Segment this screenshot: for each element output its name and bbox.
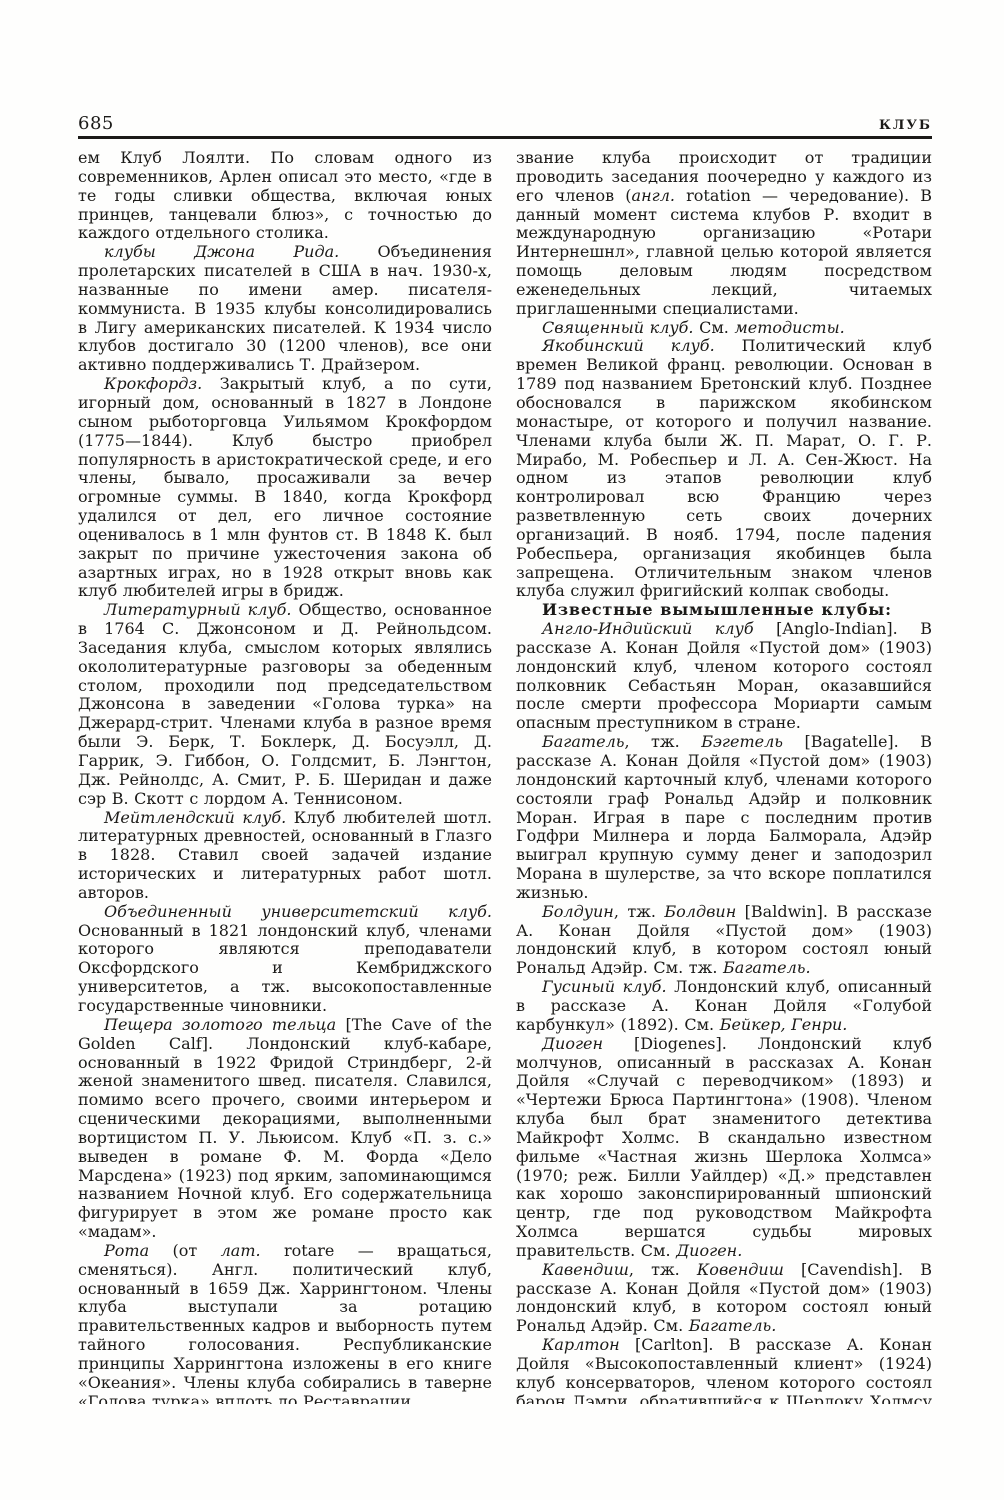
italic-headword: Багатель [542,732,624,751]
body-text: Основанный в 1821 лондонский клуб, члена… [78,921,492,1015]
body-text: rotare — вращаться, сменяться). Англ. по… [78,1241,492,1404]
body-text: [Diogenes]. Лондонский клуб молчунов, оп… [516,1034,932,1260]
body-text: , тж. [629,1260,697,1279]
italic-headword: Бейкер, Генри. [720,1015,848,1034]
entry-paragraph: Карлтон [Carlton]. В рассказе А. Конан Д… [516,1336,932,1404]
italic-headword: Болдвин [664,902,736,921]
italic-headword: лат. [221,1241,261,1260]
entry-paragraph: Англо-Индийский клуб [Anglo-Indian]. В р… [516,620,932,733]
entry-paragraph: Якобинский клуб. Политический клуб време… [516,337,932,601]
entry-paragraph: Болдуин, тж. Болдвин [Baldwin]. В расска… [516,903,932,978]
paragraph-continuation: звание клуба происходит от традиции пров… [516,149,932,319]
body-text: rotation — чередование). В данный момент… [516,186,932,318]
italic-headword: Гусиный клуб. [542,977,667,996]
entry-paragraph: Пещера золотого тельца [The Cave of the … [78,1016,492,1242]
entry-paragraph: Мейтлендский клуб. Клуб любителей шотл. … [78,809,492,903]
italic-headword: Диоген [542,1034,603,1053]
book-page-scan: 685 КЛУБ ем Клуб Лоялти. По словам одног… [0,0,1004,1500]
running-title: КЛУБ [879,118,932,134]
page-header: 685 КЛУБ [78,110,932,134]
entry-paragraph: Литературный клуб. Общество, основанное … [78,601,492,808]
entry-paragraph: Священный клуб. См. методисты. [516,319,932,338]
italic-headword: Багатель. [723,958,811,977]
entry-paragraph: Гусиный клуб. Лондонский клуб, описанный… [516,978,932,1035]
italic-headword: Бэгетель [701,732,783,751]
page-number: 685 [78,113,114,134]
text-column-right: звание клуба происходит от традиции пров… [516,149,932,1404]
paragraph-continuation: ем Клуб Лоялти. По словам одного из совр… [78,149,492,243]
italic-headword: англ. [632,186,675,205]
italic-headword: Мейтлендский клуб. [104,808,286,827]
italic-headword: Рота [104,1241,149,1260]
body-text: [Bagatelle]. В рассказе А. Конан Дойля «… [516,732,932,902]
italic-headword: Якобинский клуб. [542,336,715,355]
text-column-left: ем Клуб Лоялти. По словам одного из совр… [78,149,492,1404]
italic-headword: Болдуин [542,902,614,921]
italic-headword: Пещера золотого тельца [104,1015,336,1034]
body-text: [The Cave of the Golden Calf]. Лондонски… [78,1015,492,1241]
italic-headword: Диоген. [676,1241,742,1260]
entry-paragraph: Кавендиш, тж. Ковендиш [Cavendish]. В ра… [516,1261,932,1336]
italic-headword: Литературный клуб. [104,600,292,619]
italic-headword: Англо-Индийский клуб [542,619,754,638]
body-text: , тж. [624,732,701,751]
entry-paragraph: Диоген [Diogenes]. Лондонский клуб молчу… [516,1035,932,1261]
body-text: (от [149,1241,221,1260]
italic-headword: Объединенный университетский клуб. [104,902,492,921]
entry-paragraph: Крокфордз. Закрытый клуб, а по сути, иго… [78,375,492,601]
entry-paragraph: клубы Джона Рида. Объединения пролетарск… [78,243,492,375]
body-text: См. [694,318,735,337]
entry-paragraph: Багатель, тж. Бэгетель [Bagatelle]. В ра… [516,733,932,903]
entry-paragraph: Объединенный университетский клуб. Основ… [78,903,492,1016]
italic-headword: Священный клуб. [542,318,694,337]
italic-headword: Карлтон [542,1335,620,1354]
entry-paragraph: Рота (от лат. rotare — вращаться, сменят… [78,1242,492,1404]
italic-headword: Ковендиш [697,1260,784,1279]
italic-headword: Багатель. [689,1316,777,1335]
italic-headword: клубы Джона Рида. [104,242,339,261]
italic-headword: Крокфордз. [104,374,202,393]
italic-headword: методисты. [734,318,844,337]
body-text: Общество, основанное в 1764 С. Джонсоном… [78,600,492,807]
italic-headword: Кавендиш [542,1260,629,1279]
body-text: Закрытый клуб, а по сути, игорный дом, о… [78,374,492,600]
body-text: ем Клуб Лоялти. По словам одного из совр… [78,149,492,242]
entry-paragraph: Известные вымышленные клубы: [516,601,932,620]
body-text: , тж. [614,902,665,921]
header-rule [78,136,932,139]
body-text: Объединения пролетарских писателей в США… [78,242,492,374]
body-text: Политический клуб времен Великой франц. … [516,336,932,600]
bold-subheading: Известные вымышленные клубы: [542,600,892,619]
